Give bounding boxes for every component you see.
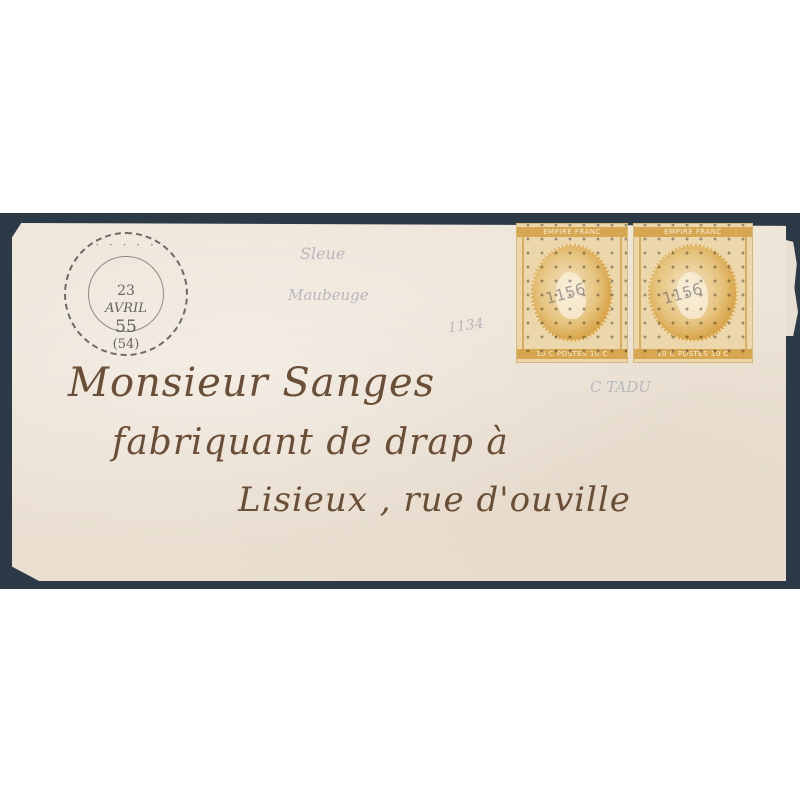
postmark-day: 23 [89, 283, 163, 299]
postmark-department: (54) [66, 337, 186, 352]
stamp-left: EMPIRE FRANC 10 C POSTES 10 C 1156 [516, 223, 628, 363]
postmark-inner-circle: 23 AVRIL 55 [88, 256, 164, 332]
pencil-note: Sleue [300, 244, 345, 263]
postmark-town: · · · · · [66, 238, 186, 252]
stamp-right: EMPIRE FRANC 10 C POSTES 10 C 1156 [633, 223, 753, 363]
pencil-note: Maubeuge [288, 286, 369, 304]
address-line-city-street: Lisieux , rue d'ouville [238, 480, 631, 520]
address-line-occupation: fabriquant de drap à [112, 422, 509, 463]
postmark-year: 55 [89, 317, 163, 337]
date-postmark: · · · · · 23 AVRIL 55 (54) [64, 232, 188, 356]
address-line-recipient: Monsieur Sanges [68, 360, 435, 406]
pencil-note: C TADU [590, 378, 651, 396]
postmark-month: AVRIL [89, 301, 163, 316]
